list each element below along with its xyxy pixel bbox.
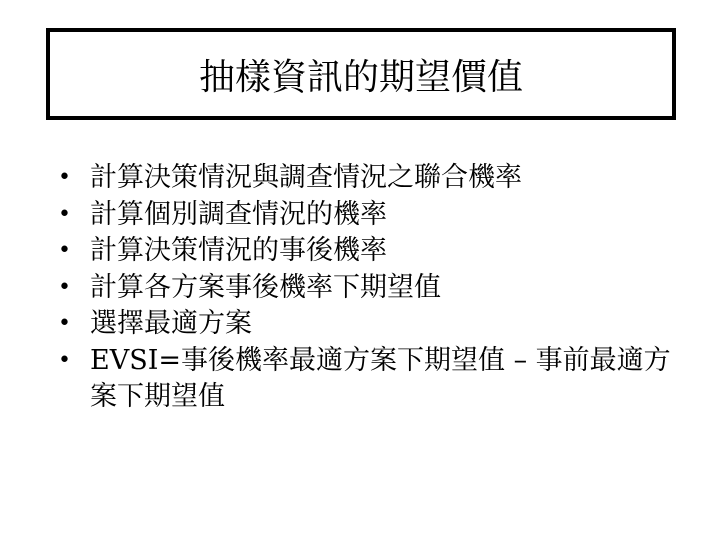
bullet-text: 計算個別調查情況的機率	[90, 197, 678, 234]
bullet-item: • 計算決策情況與調查情況之聯合機率	[58, 160, 678, 197]
bullet-item: • 計算個別調查情況的機率	[58, 197, 678, 234]
bullet-dot-icon: •	[58, 197, 71, 234]
bullet-item: • 計算各方案事後機率下期望值	[58, 270, 678, 307]
bullet-text: 計算決策情況與調查情況之聯合機率	[90, 160, 678, 197]
bullet-item: • EVSI=事後機率最適方案下期望值 – 事前最適方案下期望值	[58, 343, 678, 416]
slide-title: 抽樣資訊的期望價值	[199, 49, 523, 100]
bullet-text: 計算各方案事後機率下期望值	[90, 270, 678, 307]
bullet-text: EVSI=事後機率最適方案下期望值 – 事前最適方案下期望值	[90, 343, 678, 416]
bullet-item: • 選擇最適方案	[58, 306, 678, 343]
bullet-dot-icon: •	[58, 233, 71, 270]
bullet-dot-icon: •	[58, 343, 71, 380]
bullet-text: 計算決策情況的事後機率	[90, 233, 678, 270]
bullet-dot-icon: •	[58, 270, 71, 307]
bullet-dot-icon: •	[58, 160, 71, 197]
bullet-text: 選擇最適方案	[90, 306, 678, 343]
bullet-list: • 計算決策情況與調查情況之聯合機率 • 計算個別調查情況的機率 • 計算決策情…	[58, 160, 678, 416]
bullet-item: • 計算決策情況的事後機率	[58, 233, 678, 270]
title-box: 抽樣資訊的期望價值	[46, 28, 676, 120]
bullet-dot-icon: •	[58, 306, 71, 343]
